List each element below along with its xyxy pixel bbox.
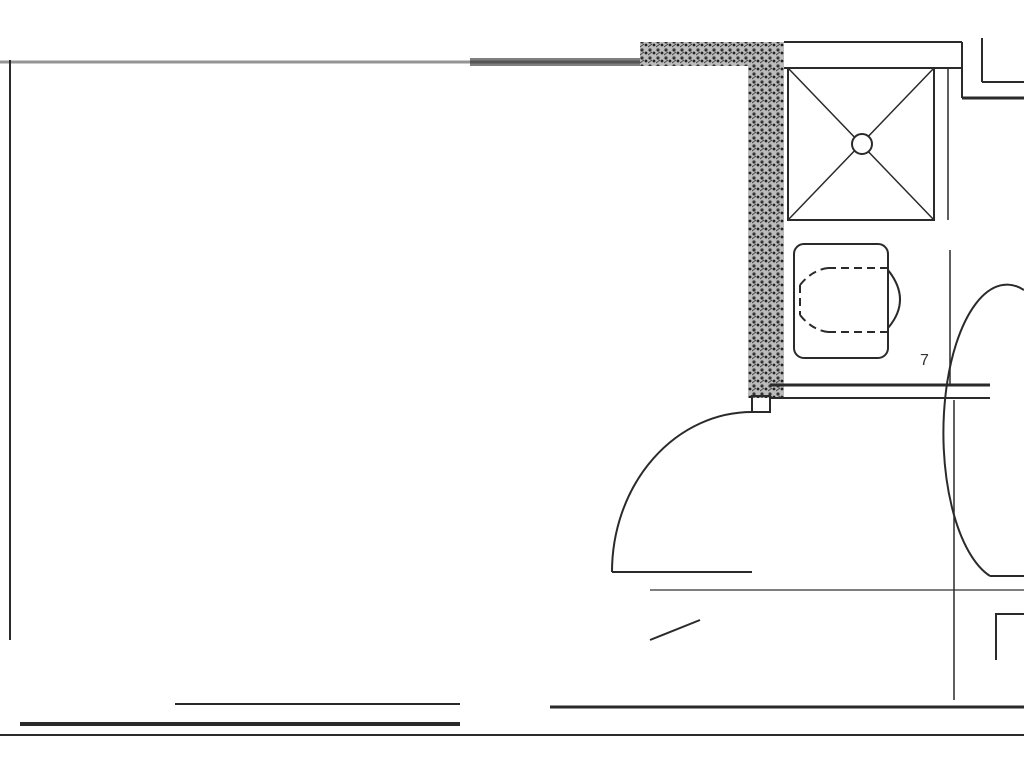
door-left-swing — [612, 412, 752, 572]
floor-plan — [0, 0, 1024, 768]
toilet — [794, 244, 900, 358]
shower — [788, 68, 948, 220]
door-right-swing — [943, 285, 1024, 576]
toilet-mark: 7 — [920, 352, 929, 370]
